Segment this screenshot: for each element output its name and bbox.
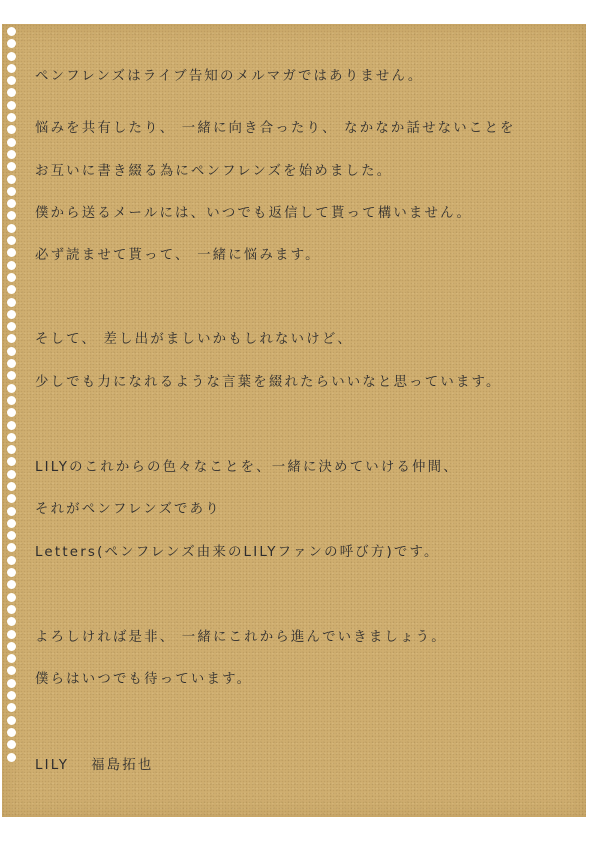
binder-hole [7, 162, 16, 171]
binder-hole [7, 88, 16, 97]
binder-hole [7, 371, 16, 380]
binder-hole [7, 187, 16, 196]
signature-band: LILY [35, 758, 69, 773]
binder-hole [7, 310, 16, 319]
binder-hole [7, 531, 16, 540]
binder-hole [7, 642, 16, 651]
binder-hole [7, 593, 16, 602]
binder-hole [7, 482, 16, 491]
binder-hole [7, 580, 16, 589]
binder-hole [7, 384, 16, 393]
binder-hole [7, 298, 16, 307]
kraft-paper-sheet [2, 24, 586, 817]
binder-hole [7, 150, 16, 159]
binder-hole [7, 113, 16, 122]
binder-hole [7, 519, 16, 528]
letter-line: 必ず読ませて貰って、 一緒に悩みます。 [35, 249, 321, 263]
letter-line: そして、 差し出がましいかもしれないけど、 [35, 333, 353, 347]
binder-hole [7, 507, 16, 516]
letter-line: LILYのこれからの色々なことを、一緒に決めていける仲間、 [35, 461, 459, 475]
binder-hole [7, 666, 16, 675]
binder-hole [7, 322, 16, 331]
binder-hole [7, 39, 16, 48]
letter-line: ペンフレンズはライブ告知のメルマガではありません。 [35, 70, 424, 84]
letter-line: 僕から送るメールには、いつでも返信して貰って構いません。 [35, 207, 472, 221]
binder-hole [7, 396, 16, 405]
binder-hole [7, 199, 16, 208]
signature-name: 福島拓也 [91, 758, 153, 773]
binder-hole [7, 703, 16, 712]
binder-hole [7, 248, 16, 257]
binder-hole [7, 224, 16, 233]
signature: LILY福島拓也 [35, 759, 153, 773]
binder-holes [7, 27, 17, 817]
binder-hole [7, 211, 16, 220]
binder-hole [7, 27, 16, 36]
binder-hole [7, 753, 16, 762]
binder-hole [7, 101, 16, 110]
binder-hole [7, 568, 16, 577]
binder-hole [7, 347, 16, 356]
binder-hole [7, 630, 16, 639]
letter-line: 悩みを共有したり、 一緒に向き合ったり、 なかなか話せないことを [35, 122, 516, 136]
binder-hole [7, 716, 16, 725]
binder-hole [7, 236, 16, 245]
binder-hole [7, 728, 16, 737]
binder-hole [7, 408, 16, 417]
binder-hole [7, 125, 16, 134]
binder-hole [7, 433, 16, 442]
binder-hole [7, 261, 16, 270]
binder-hole [7, 691, 16, 700]
binder-hole [7, 421, 16, 430]
binder-hole [7, 740, 16, 749]
binder-hole [7, 494, 16, 503]
letter-line: 少しでも力になれるような言葉を綴れたらいいなと思っています。 [35, 376, 502, 390]
letter-line: Letters(ペンフレンズ由来のLILYファンの呼び方)です。 [35, 546, 440, 560]
binder-hole [7, 654, 16, 663]
binder-hole [7, 175, 16, 184]
letter-line: それがペンフレンズであり [35, 503, 221, 517]
binder-hole [7, 679, 16, 688]
binder-hole [7, 52, 16, 61]
binder-hole [7, 273, 16, 282]
binder-hole [7, 556, 16, 565]
binder-hole [7, 543, 16, 552]
letter-line: 僕らはいつでも待っています。 [35, 673, 252, 687]
binder-hole [7, 138, 16, 147]
binder-hole [7, 285, 16, 294]
binder-hole [7, 457, 16, 466]
binder-hole [7, 359, 16, 368]
binder-hole [7, 64, 16, 73]
letter-line: よろしければ是非、 一緒にこれから進んでいきましょう。 [35, 631, 447, 645]
binder-hole [7, 617, 16, 626]
letter-line: お互いに書き綴る為にペンフレンズを始めました。 [35, 165, 392, 179]
binder-hole [7, 76, 16, 85]
binder-hole [7, 470, 16, 479]
binder-hole [7, 445, 16, 454]
binder-hole [7, 334, 16, 343]
binder-hole [7, 605, 16, 614]
